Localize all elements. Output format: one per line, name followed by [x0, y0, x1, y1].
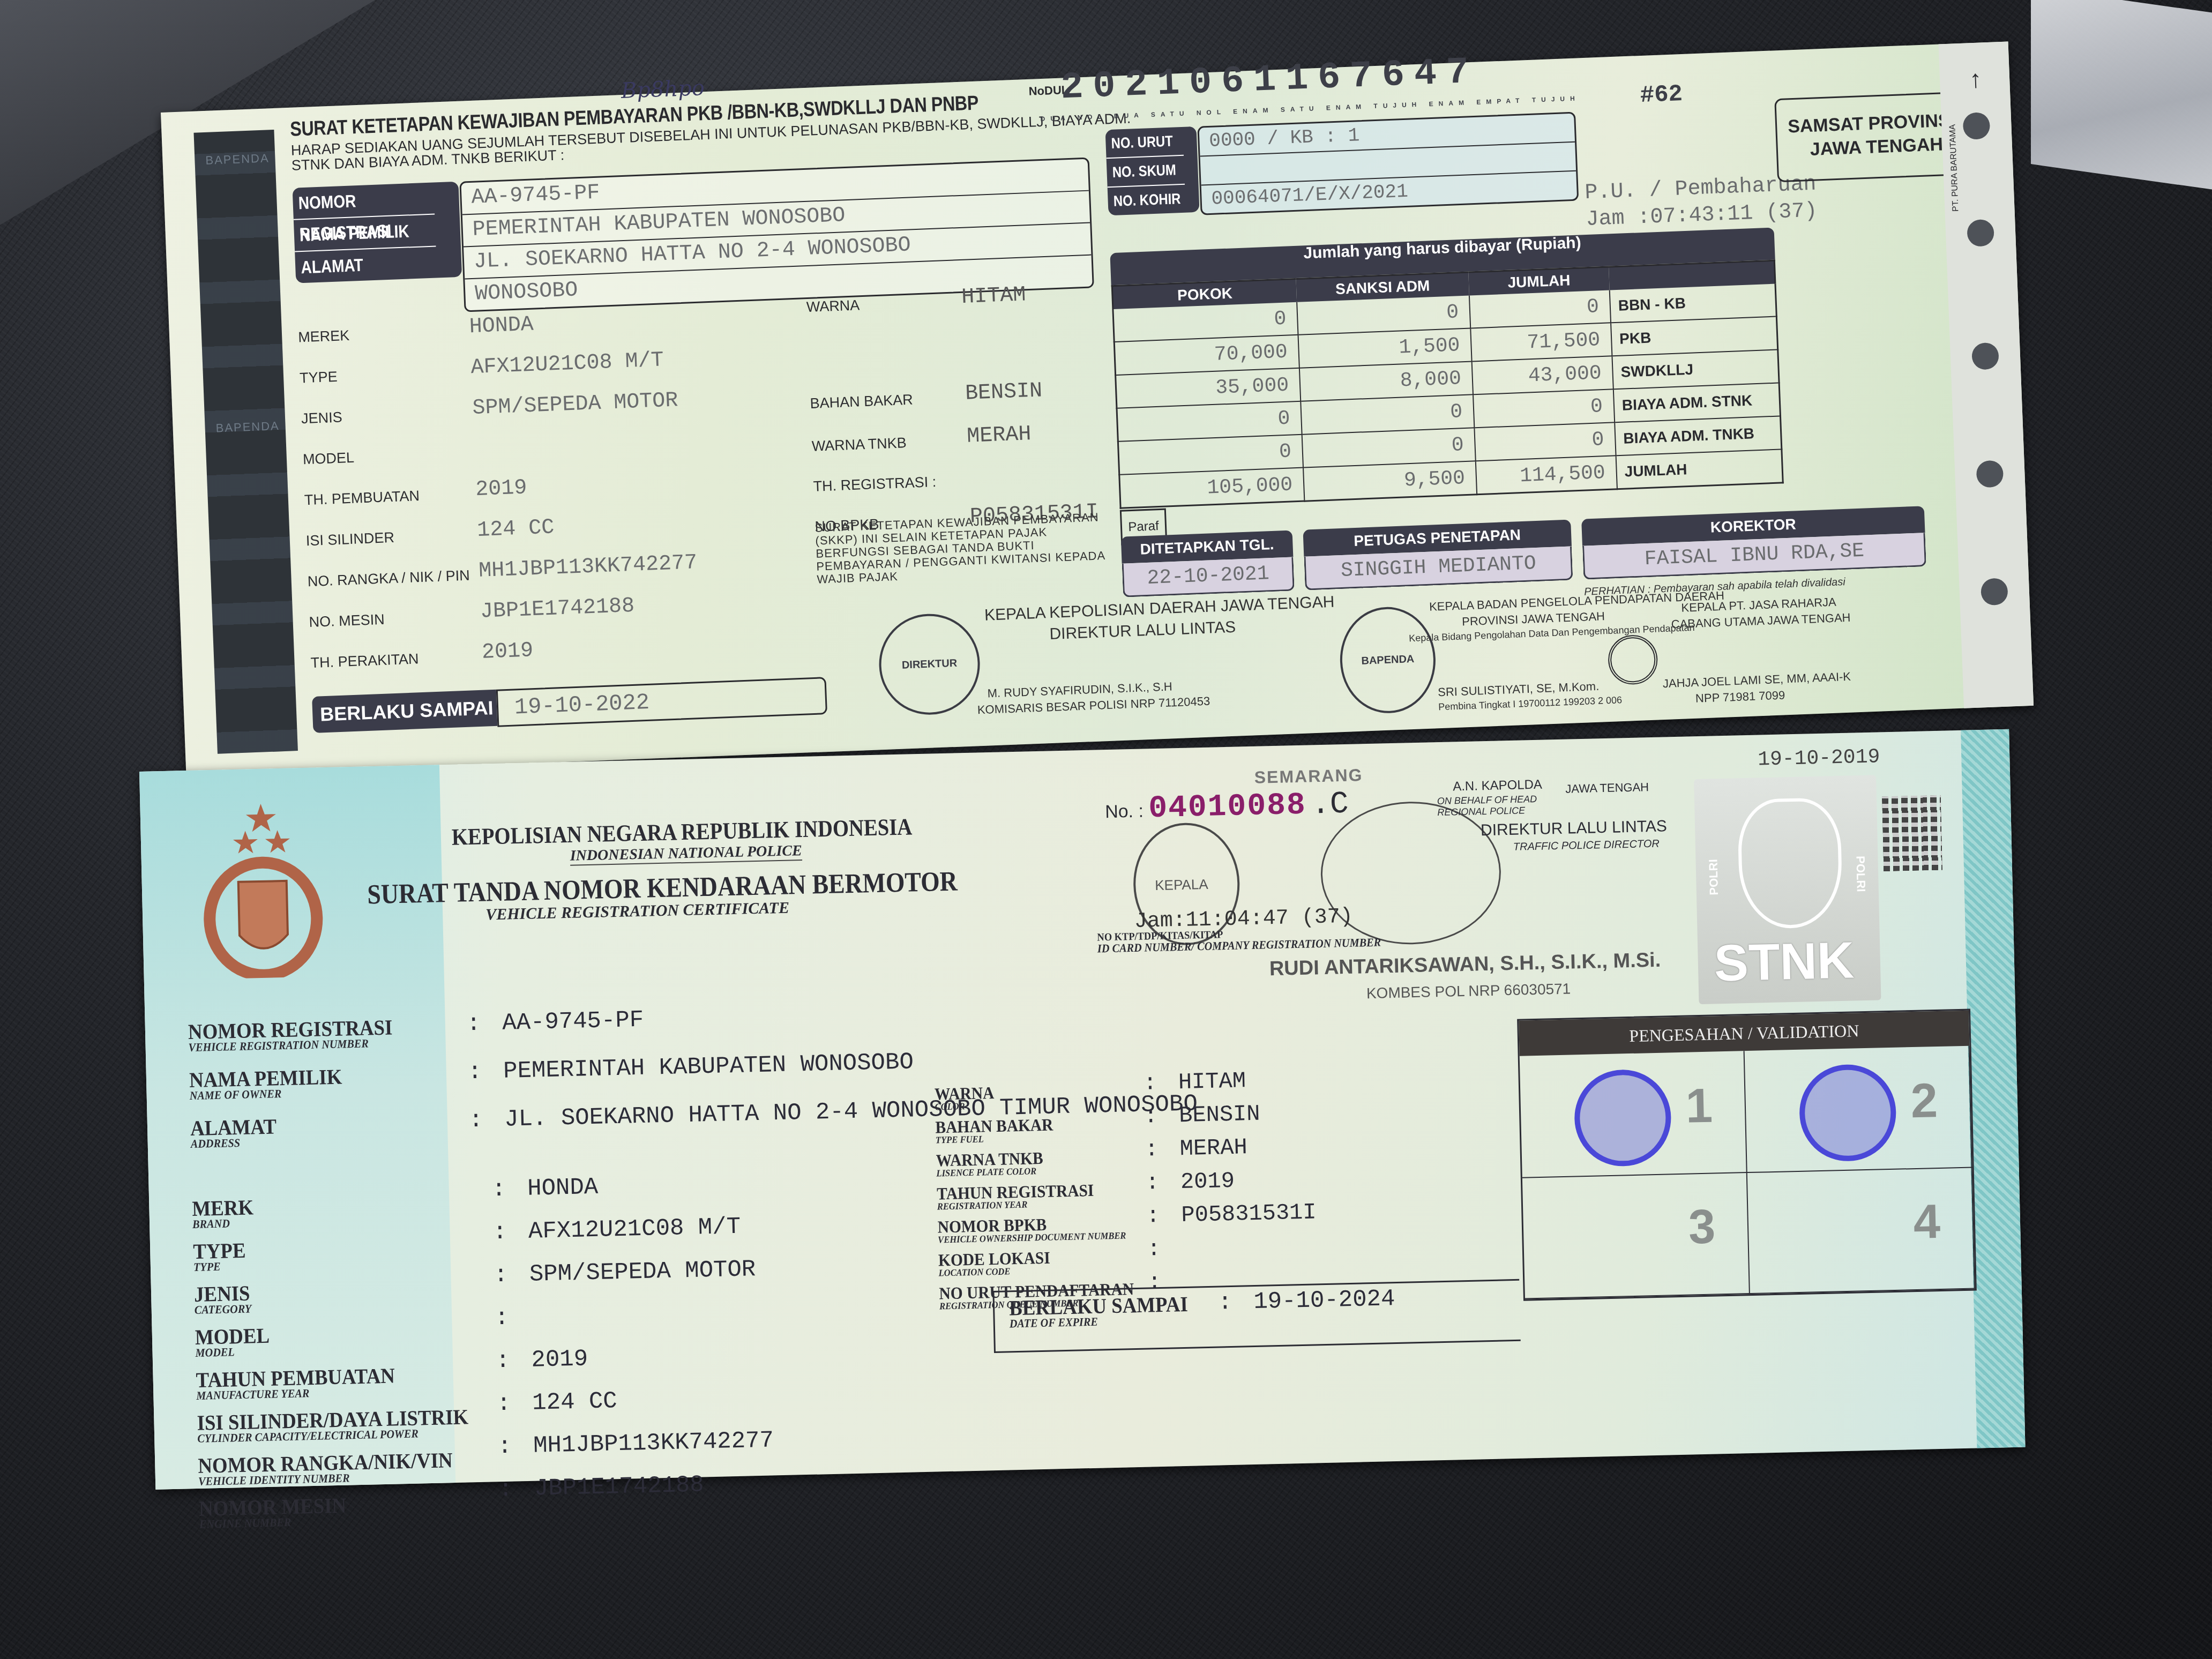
punch-hole	[1967, 219, 1994, 247]
spec-value: HITAM	[961, 283, 1026, 310]
spec-label: ISI SILINDER	[305, 529, 394, 549]
spec-value: 2019	[475, 476, 528, 502]
spec-value: JBP1E1742188	[480, 594, 635, 624]
validation-cell: 1	[1520, 1051, 1747, 1178]
punch-hole	[1963, 112, 1991, 140]
issue-city: SEMARANG	[1254, 765, 1363, 788]
stnk-hologram: POLRI POLRI STNK	[1694, 775, 1881, 1004]
police-stamp: DIREKTUR	[877, 612, 982, 716]
jasaraharja-logo	[1607, 634, 1658, 685]
arrow-up-icon: ↑	[1969, 64, 1982, 94]
spec-value: AFX12U21C08 M/T	[470, 348, 664, 380]
authority-line1: A.N. KAPOLDA	[1453, 778, 1542, 795]
spec-label: NO. MESIN	[309, 611, 385, 631]
punch-hole	[1971, 342, 1999, 370]
stnk-berlaku-value: 19-10-2024	[1217, 1286, 1395, 1316]
stnk-field-label: TAHUN REGISTRASIREGISTRATION YEAR	[937, 1182, 1094, 1212]
stnk-field-value: MH1JBP113KK742277	[497, 1427, 774, 1460]
ref-values: 0000 / KB : 1 00064071/E/X/2021	[1197, 112, 1579, 215]
spec-label: TYPE	[300, 369, 338, 387]
plastic-sleeve	[2031, 0, 2212, 190]
stnk-field-label: KODE LOKASILOCATION CODE	[938, 1250, 1051, 1278]
punch-hole	[1976, 460, 2004, 488]
spec-label: TH. PERAKITAN	[310, 651, 419, 671]
validation-cell: 3	[1522, 1172, 1750, 1299]
handwritten-note: Bp8hpo	[621, 76, 705, 103]
spec-label: TH. REGISTRASI :	[813, 474, 937, 495]
spec-value: 2019	[481, 639, 534, 665]
nodul-suffix: #62	[1640, 81, 1683, 109]
stnk-field-value: 2019	[496, 1346, 588, 1374]
stnk-field-value: BENSIN	[1144, 1101, 1260, 1130]
validation-stamp	[1798, 1064, 1897, 1162]
stnk-field-value	[1147, 1236, 1182, 1262]
stnk-certificate: KEPOLISIAN NEGARA REPUBLIK INDONESIA IND…	[139, 729, 2026, 1490]
stnk-field-value: HITAM	[1143, 1068, 1246, 1096]
owner-labels: NOMOR REGISTRASI NAMA PEMILIK ALAMAT	[293, 182, 462, 283]
printer-name: PT. PURA BARUTAMA	[1948, 124, 1961, 212]
stnk-field-value: SPM/SEPEDA MOTOR	[494, 1256, 756, 1289]
bapenda-stamp: BAPENDA	[1338, 606, 1437, 715]
stnk-doc-number: No. : 04010088 .C	[1104, 787, 1349, 827]
ditetapkan-value: 22-10-2021	[1122, 557, 1295, 597]
stnk-field-label: ALAMATADDRESS	[190, 1117, 277, 1150]
spec-value: MH1JBP113KK742277	[478, 551, 698, 584]
label-nama-pemilik: NAMA PEMILIK	[294, 215, 436, 252]
spec-label: MODEL	[302, 450, 354, 468]
stnk-field-value	[495, 1304, 531, 1332]
spec-label: WARNA	[806, 297, 860, 316]
stnk-field-label: TYPETYPE	[193, 1241, 246, 1273]
print-time: Jam :07:43:11 (37)	[1586, 199, 1818, 232]
validation-cell: 4	[1747, 1167, 1975, 1294]
stnk-field-value: PEMERINTAH KABUPATEN WONOSOBO	[467, 1049, 914, 1086]
payment-table: POKOK SANKSI ADM JUMLAH 0 0 0 BBN - KB 7…	[1111, 260, 1784, 509]
berlaku-sampai-label: BERLAKU SAMPAI	[312, 690, 497, 733]
authority-region: JAWA TENGAH	[1565, 780, 1649, 796]
spec-value: HONDA	[469, 313, 534, 340]
label-alamat: ALAMAT	[295, 246, 437, 283]
spec-label: TH. PEMBUATAN	[304, 488, 420, 509]
polri-shield-icon	[1737, 797, 1843, 929]
stnk-field-value: JL. SOEKARNO HATTA NO 2-4 WONOSOBO TIMUR…	[468, 1090, 1198, 1134]
authority-line2-en: TRAFFIC POLICE DIRECTOR	[1513, 838, 1660, 854]
spec-label: JENIS	[301, 409, 343, 427]
spec-value: 124 CC	[477, 515, 555, 542]
hologram-strip: BAPENDA BAPENDA	[193, 130, 297, 754]
spec-value: BENSIN	[965, 379, 1043, 406]
stnk-berlaku-label: BERLAKU SAMPAIDATE OF EXPIRE	[1009, 1295, 1189, 1330]
authority-line2: DIREKTUR LALU LINTAS	[1481, 817, 1668, 840]
spec-label: BAHAN BAKAR	[810, 392, 913, 412]
issue-date: 19-10-2019	[1758, 745, 1880, 771]
validation-box: PENGESAHAN / VALIDATION 1234	[1517, 1009, 1977, 1301]
stnk-field-value: JBP1E1742188	[498, 1471, 704, 1503]
jasaraharja-npp: NPP 71981 7099	[1695, 688, 1785, 705]
skkp-tax-receipt: BAPENDA BAPENDA Bp8hpo SURAT KETETAPAN K…	[161, 42, 2034, 777]
spec-value: MERAH	[966, 422, 1032, 449]
stnk-field-label: NOMOR BPKBVEHICLE OWNERSHIP DOCUMENT NUM…	[937, 1214, 1126, 1244]
spec-label: MEREK	[298, 327, 350, 346]
berlaku-sampai-value: 19-10-2022	[496, 677, 827, 727]
authority-line1-en: ON BEHALF OF HEAD REGIONAL POLICE	[1437, 793, 1556, 818]
authority-rank: KOMBES POL NRP 66030571	[1366, 981, 1571, 1003]
stnk-field-value: HONDA	[491, 1174, 599, 1203]
spec-value: SPM/SEPEDA MOTOR	[472, 388, 679, 421]
authority-name: RUDI ANTARIKSAWAN, S.H., S.I.K., M.Si.	[1269, 949, 1661, 981]
skkp-note: SURAT KETETAPAN KEWAJIBAN PEMBAYARAN (SK…	[814, 511, 1106, 586]
stnk-field-value: AA-9745-PF	[466, 1007, 644, 1037]
stnk-field-value: 124 CC	[496, 1388, 617, 1417]
stnk-field-label: MODELMODEL	[195, 1326, 270, 1359]
stnk-field-label: ISI SILINDER/DAYA LISTRIKCYLINDER CAPACI…	[197, 1407, 469, 1444]
spec-label: WARNA TNKB	[811, 435, 907, 455]
stnk-field-label: BAHAN BAKARTYPE FUEL	[935, 1116, 1053, 1145]
punch-hole	[1981, 578, 2008, 606]
qr-code-icon	[1882, 795, 1942, 871]
stnk-field-value: P05831531I	[1146, 1199, 1317, 1229]
police-signer-title2: DIREKTUR LALU LINTAS	[1049, 618, 1236, 644]
polri-emblem-icon	[199, 799, 326, 979]
doc-number-suffix: .C	[1311, 787, 1349, 823]
stnk-field-value: 2019	[1145, 1168, 1235, 1196]
spec-label: NO. RANGKA / NIK / PIN	[307, 567, 470, 591]
stnk-field-value: MERAH	[1145, 1134, 1247, 1162]
stnk-field-label: WARNACOLOR	[935, 1085, 995, 1112]
stnk-field-label: WARNA TNKBLISENCE PLATE COLOR	[936, 1150, 1044, 1178]
stnk-mark: STNK	[1714, 931, 1855, 993]
stnk-field-label: NOMOR RANGKA/NIK/VINVEHICLE IDENTITY NUM…	[198, 1451, 453, 1488]
stnk-field-label: TAHUN PEMBUATANMANUFACTURE YEAR	[196, 1366, 395, 1401]
ref-labels: NO. URUT NO. SKUM NO. KOHIR	[1105, 126, 1200, 215]
stnk-field-label: NOMOR REGISTRASIVEHICLE REGISTRATION NUM…	[188, 1018, 393, 1053]
stnk-field-label: NAMA PEMILIKNAME OF OWNER	[189, 1067, 342, 1102]
stnk-field-label: MERKBRAND	[192, 1198, 254, 1230]
stnk-field-label: NOMOR MESINENGINE NUMBER	[199, 1496, 347, 1530]
jasaraharja-name: JAHJA JOEL LAMI SE, MM, AAAI-K	[1662, 670, 1851, 691]
doc-number-value: 04010088	[1148, 788, 1307, 827]
stnk-field-value: AFX12U21C08 M/T	[492, 1214, 741, 1246]
police-signer-title1: KEPALA KEPOLISIAN DAERAH JAWA TENGAH	[984, 593, 1335, 625]
validation-stamp	[1573, 1068, 1672, 1167]
validation-cell: 2	[1745, 1046, 1972, 1173]
stnk-field-label: JENISCATEGORY	[194, 1284, 252, 1316]
label-nomor-registrasi: NOMOR REGISTRASI	[293, 183, 435, 220]
